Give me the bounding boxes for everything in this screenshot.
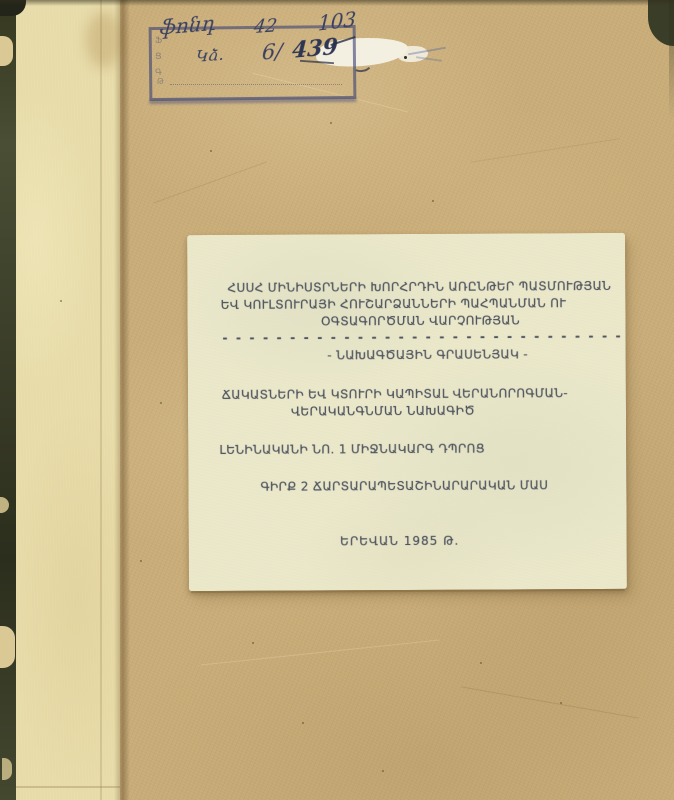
stamp-field-letter: Ց (155, 52, 162, 62)
paper-speck (252, 642, 254, 644)
spine-crease-line (100, 0, 102, 800)
organization-name-line1: ՀՍՍՀ ՄԻՆԻՍՏՐՆԵՐԻ ԽՈՐՀՐԴԻՆ ԱՌԸՆԹԵՐ ՊԱՏՄՈՒ… (200, 279, 638, 295)
handwriting-fond-word: ֆոնդ (159, 10, 217, 39)
paper-speck (140, 560, 142, 562)
scan-top-edge-shadow (0, 0, 674, 6)
project-title-line1: ՃԱԿԱՏՆԵՐԻ ԵՎ ԿՏՈՒՐԻ ԿԱՊԻՏԱԼ ՎԵՐԱՆՈՐՈԳՄԱՆ… (176, 386, 614, 402)
paper-speck (302, 722, 304, 724)
school-name-line: ԼԵՆԻՆԱԿԱՆԻ ՆՈ. 1 ՄԻՋՆԱԿԱՐԳ ԴՊՐՈՑ (133, 441, 571, 457)
typed-title-label: ՀՍՍՀ ՄԻՆԻՍՏՐՆԵՐԻ ԽՈՐՀՐԴԻՆ ԱՌԸՆԹԵՐ ՊԱՏՄՈՒ… (187, 233, 627, 591)
book-part-line: ԳԻՐՔ 2 ՃԱՐՏԱՐԱՊԵՏԱՇԻՆԱՐԱՐԱԿԱՆ ՄԱՍ (185, 478, 623, 494)
spine-bottom-crease (14, 786, 120, 788)
handwriting-fond-extra: 42 (253, 15, 279, 38)
paper-speck (560, 702, 562, 704)
handwriting-fond-number: 103 (318, 7, 357, 36)
paper-speck (210, 150, 212, 152)
stamp-date-field-letter: Թ (157, 77, 164, 86)
organization-name-line3: ՕԳՏԱԳՈՐԾՄԱՆ ՎԱՐՉՈՒԹՅԱՆ (201, 313, 639, 329)
cover-fold-shadow (114, 0, 130, 800)
project-office-line: - ՆԱԽԱԳԾԱՅԻՆ ԳՐԱՍԵՆՅԱԿ - (209, 347, 647, 363)
place-year-line: ԵՐԵՎԱՆ 1985 Թ. (181, 533, 619, 549)
ink-dot (404, 56, 407, 59)
dashed-separator: - - - - - - - - - - - - - - - - - - - - … (204, 329, 642, 345)
paper-chip (0, 626, 15, 668)
paper-speck (330, 122, 332, 124)
handwriting-case-number: 439 (291, 34, 338, 64)
paper-speck (432, 200, 434, 202)
paper-speck (160, 402, 162, 404)
project-title-line2: ՎԵՐԱԿԱՆԳՆՄԱՆ ՆԱԽԱԳԻԾ (164, 403, 602, 419)
organization-name-line2: ԵՎ ԿՈՒԼՏՈՒՐԱՅԻ ՀՈՒՇԱՐՁԱՆՆԵՐԻ ՊԱՀՊԱՆՄԱՆ Ո… (174, 296, 612, 312)
scanner-edge-left (0, 0, 16, 800)
stamp-dotted-line (170, 83, 342, 85)
folder-spine-strip (14, 0, 120, 800)
handwriting-case-slash: 6/ (261, 39, 283, 65)
paper-speck (382, 770, 384, 772)
paper-speck (480, 662, 482, 664)
paper-chip (0, 36, 13, 66)
paper-speck (60, 300, 62, 302)
scanned-folder-cover: Ֆ Ց Գ Թ ֆոնդ 42 103 Կձ. 6/ 439 ՀՍՍՀ ՄԻՆԻ… (0, 0, 674, 800)
scan-right-edge-shadow (669, 0, 674, 120)
handwriting-case-prefix: Կձ. (195, 45, 225, 66)
